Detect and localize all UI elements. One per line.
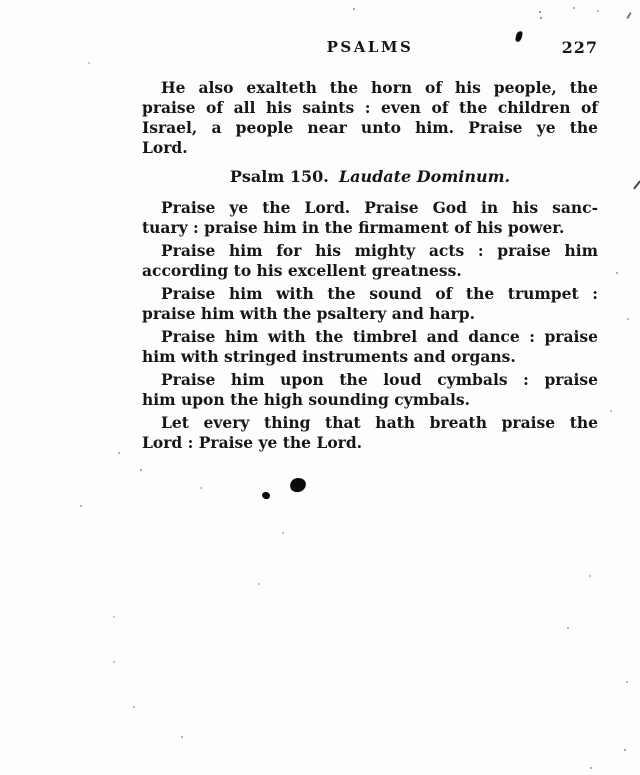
scan-speck <box>140 469 142 471</box>
running-head: PSALMS 227 <box>142 38 598 56</box>
paragraph: Praise him upon the loud cymbals : prais… <box>142 370 598 410</box>
paragraph: Praise him with the timbrel and dance : … <box>142 327 598 367</box>
scan-speck <box>567 627 569 629</box>
text-line: Praise him for his mighty acts : praise … <box>142 241 598 261</box>
scan-speck <box>258 583 260 585</box>
page-number: 227 <box>562 38 598 57</box>
scan-speck <box>540 17 542 19</box>
text-column: PSALMS 227 He also exalteth the horn of … <box>142 38 598 453</box>
text-line: Praise him upon the loud cymbals : prais… <box>142 370 598 390</box>
text-line: according to his excellent greatness. <box>142 261 598 281</box>
text-line: Lord : Praise ye the Lord. <box>142 433 598 453</box>
scan-speck <box>597 10 599 12</box>
paragraph: Praise him for his mighty acts : praise … <box>142 241 598 281</box>
text-line: Let every thing that hath breath praise … <box>142 413 598 433</box>
text-line: praise him with the psaltery and harp. <box>142 304 598 324</box>
text-line: praise of all his saints : even of the c… <box>142 98 598 118</box>
scanned-book-page: PSALMS 227 He also exalteth the horn of … <box>0 0 640 775</box>
text-line: He also exalteth the horn of his people,… <box>142 78 598 98</box>
running-head-title: PSALMS <box>142 38 598 56</box>
text-line: Praise him with the sound of the trumpet… <box>142 284 598 304</box>
scan-speck <box>589 575 591 577</box>
psalm-text-sections: He also exalteth the horn of his people,… <box>142 78 598 453</box>
scan-speck <box>113 616 115 618</box>
ink-blot-large <box>289 476 308 493</box>
scan-speck <box>88 62 90 64</box>
text-line: him with stringed instruments and organs… <box>142 347 598 367</box>
psalm-number-label: Psalm 150. <box>230 167 329 186</box>
scan-speck <box>624 749 626 751</box>
scan-speck <box>616 272 618 274</box>
psalm-latin-title: Laudate Dominum. <box>339 167 510 186</box>
text-line: tuary : praise him in the firmament of h… <box>142 218 598 238</box>
scan-speck <box>626 681 628 683</box>
ink-blot-small <box>261 491 270 499</box>
scan-scratch <box>626 12 631 19</box>
scan-speck <box>573 7 575 9</box>
scan-speck <box>627 318 629 320</box>
paragraph: He also exalteth the horn of his people,… <box>142 78 598 158</box>
scan-scratch <box>633 180 640 189</box>
psalm-heading: Psalm 150.Laudate Dominum. <box>142 167 598 187</box>
paragraph: Praise him with the sound of the trumpet… <box>142 284 598 324</box>
paragraph: Praise ye the Lord. Praise God in his sa… <box>142 198 598 238</box>
scan-speck <box>118 452 120 454</box>
text-line: Lord. <box>142 138 598 158</box>
scan-speck <box>113 661 115 663</box>
paragraph: Let every thing that hath breath praise … <box>142 413 598 453</box>
scan-speck <box>353 8 355 10</box>
scan-speck <box>610 410 612 412</box>
scan-speck <box>133 706 135 708</box>
scan-speck <box>80 505 82 507</box>
scan-speck <box>181 736 183 738</box>
text-line: Praise ye the Lord. Praise God in his sa… <box>142 198 598 218</box>
text-line: Praise him with the timbrel and dance : … <box>142 327 598 347</box>
scan-speck <box>200 487 202 489</box>
scan-speck <box>590 767 592 769</box>
scan-speck <box>282 532 284 534</box>
text-line: him upon the high sounding cymbals. <box>142 390 598 410</box>
scan-speck <box>539 11 541 13</box>
text-line: Israel, a people near unto him. Praise y… <box>142 118 598 138</box>
